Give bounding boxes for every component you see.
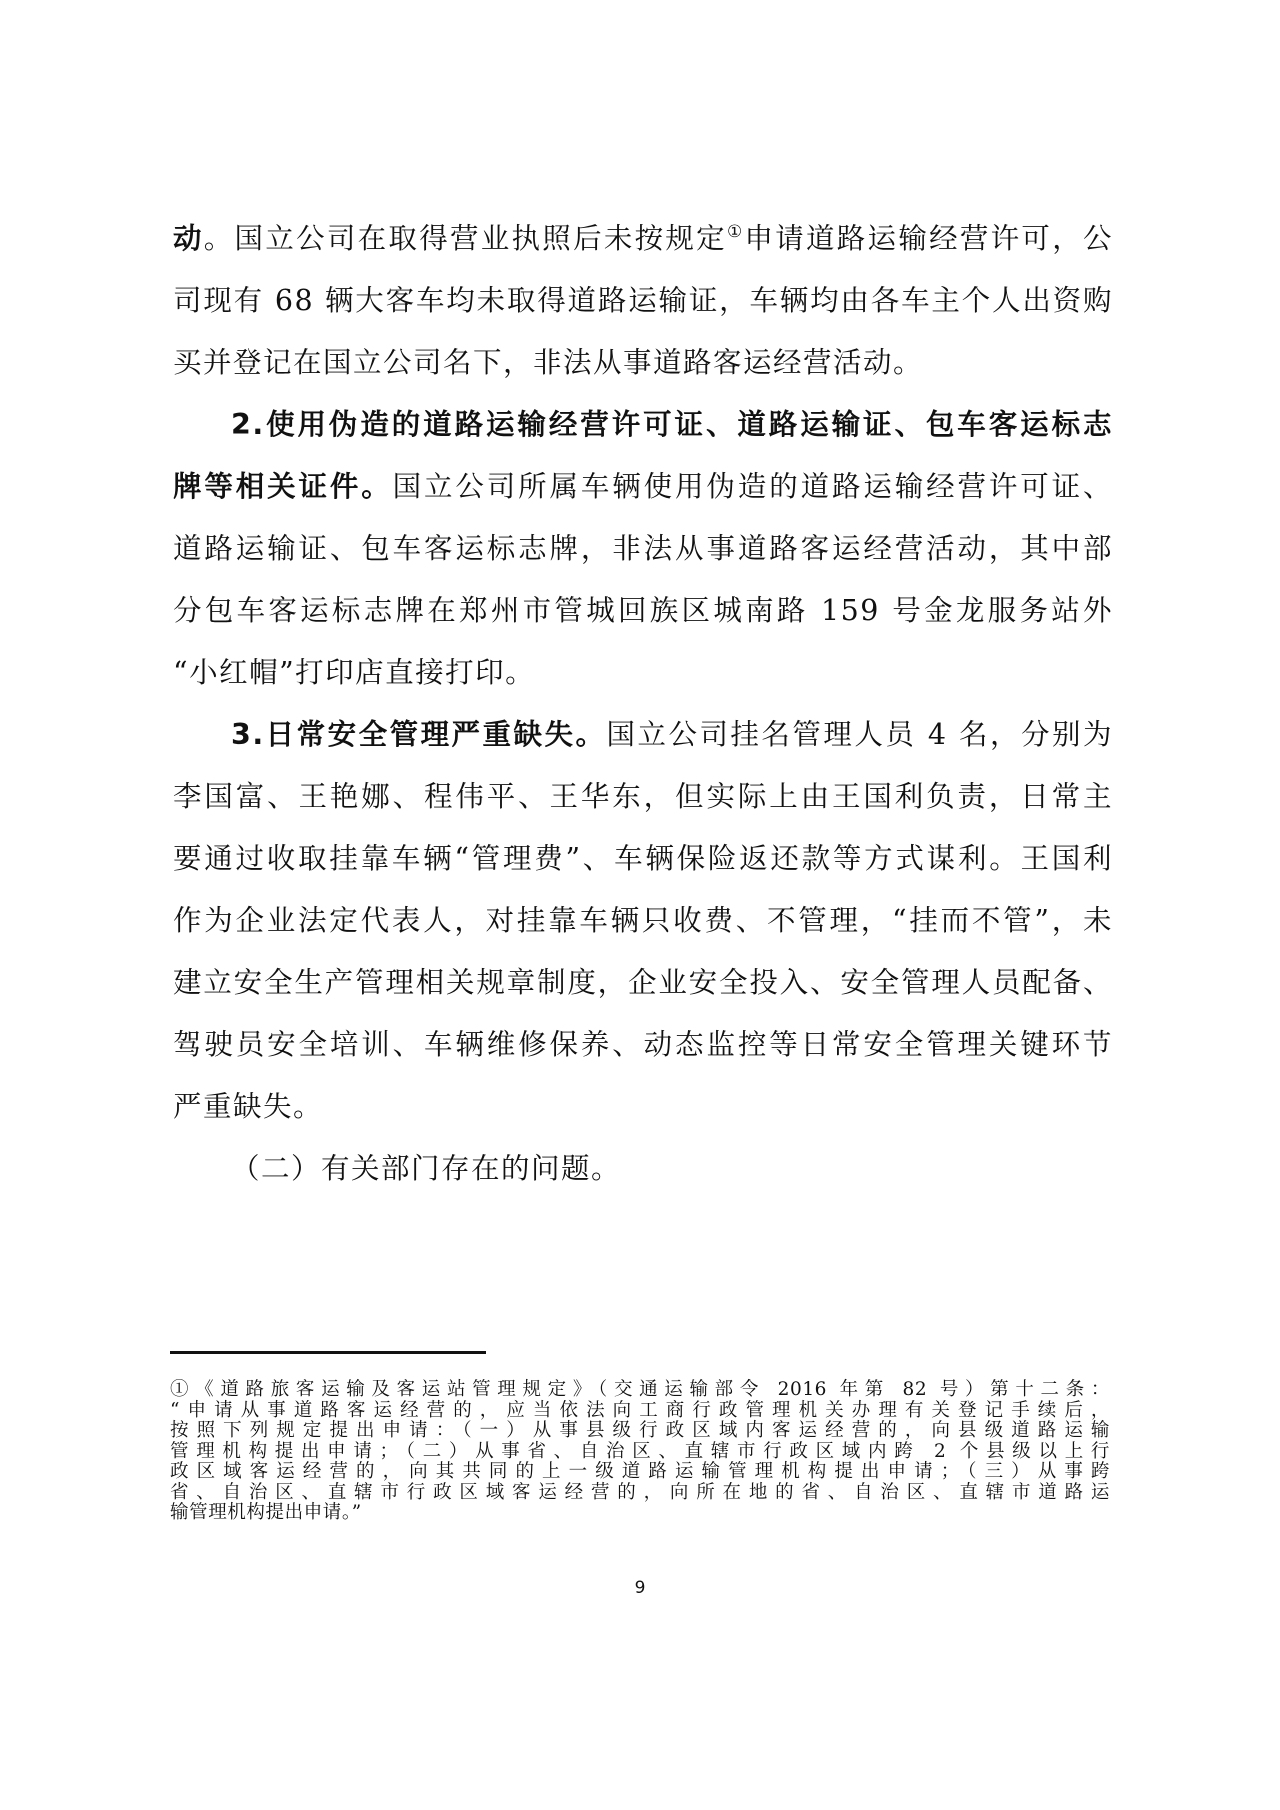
- section-heading: （二）有关部门存在的问题。: [173, 1138, 1113, 1200]
- bold-lead: 牌等相关证件。: [173, 470, 393, 503]
- text-span: 国立公司挂名管理人员 4 名，分别为: [606, 718, 1113, 751]
- bold-lead: 3.日常安全管理严重缺失。: [231, 718, 606, 751]
- footnote-line: 输管理机构提出申请。”: [170, 1503, 1110, 1524]
- paragraph-1-line-3: 买并登记在国立公司名下，非法从事道路客运经营活动。: [173, 332, 1113, 394]
- paragraph-3-line-5: 建立安全生产管理相关规章制度，企业安全投入、安全管理人员配备、: [173, 952, 1113, 1014]
- paragraph-3-line-2: 李国富、王艳娜、程伟平、王华东，但实际上由王国利负责，日常主: [173, 766, 1113, 828]
- paragraph-3-line-7: 严重缺失。: [173, 1076, 1113, 1138]
- footnote-line: 按照下列规定提出申请：（一）从事县级行政区域内客运经营的，向县级道路运输: [170, 1421, 1110, 1442]
- body-text: 动。国立公司在取得营业执照后未按规定①申请道路运输经营许可，公 司现有 68 辆…: [173, 208, 1113, 1200]
- paragraph-1-line-1: 动。国立公司在取得营业执照后未按规定①申请道路运输经营许可，公: [173, 208, 1113, 270]
- page-number: 9: [0, 1578, 1280, 1598]
- text-span: 国立公司所属车辆使用伪造的道路运输经营许可证、: [393, 470, 1113, 503]
- footnote-line: 管理机构提出申请；（二）从事省、自治区、直辖市行政区域内跨 2 个县级以上行: [170, 1442, 1110, 1463]
- footnote-divider: [170, 1351, 486, 1354]
- footnote-line: ①《道路旅客运输及客运站管理规定》（交通运输部令 2016 年第 82 号）第十…: [170, 1380, 1110, 1401]
- footnote: ①《道路旅客运输及客运站管理规定》（交通运输部令 2016 年第 82 号）第十…: [170, 1380, 1110, 1524]
- footnote-line: 政区域客运经营的，向其共同的上一级道路运输管理机构提出申请；（三）从事跨: [170, 1462, 1110, 1483]
- document-page: 动。国立公司在取得营业执照后未按规定①申请道路运输经营许可，公 司现有 68 辆…: [0, 0, 1280, 1810]
- paragraph-2-line-5: “小红帽”打印店直接打印。: [173, 642, 1113, 704]
- paragraph-2-heading: 2.使用伪造的道路运输经营许可证、道路运输证、包车客运标志: [173, 394, 1113, 456]
- paragraph-3-line-1: 3.日常安全管理严重缺失。国立公司挂名管理人员 4 名，分别为: [173, 704, 1113, 766]
- bold-lead: 动: [173, 222, 204, 255]
- footnote-line: 省、自治区、直辖市行政区域客运经营的，向所在地的省、自治区、直辖市道路运: [170, 1483, 1110, 1504]
- text-span: 。国立公司在取得营业执照后未按规定: [204, 222, 727, 255]
- footnote-line: “申请从事道路客运经营的，应当依法向工商行政管理机关办理有关登记手续后，: [170, 1401, 1110, 1422]
- footnote-marker[interactable]: ①: [727, 222, 745, 242]
- paragraph-2-line-4: 分包车客运标志牌在郑州市管城回族区城南路 159 号金龙服务站外: [173, 580, 1113, 642]
- paragraph-3-line-3: 要通过收取挂靠车辆“管理费”、车辆保险返还款等方式谋利。王国利: [173, 828, 1113, 890]
- paragraph-2-line-3: 道路运输证、包车客运标志牌，非法从事道路客运经营活动，其中部: [173, 518, 1113, 580]
- paragraph-2-line-2: 牌等相关证件。国立公司所属车辆使用伪造的道路运输经营许可证、: [173, 456, 1113, 518]
- paragraph-3-line-6: 驾驶员安全培训、车辆维修保养、动态监控等日常安全管理关键环节: [173, 1014, 1113, 1076]
- paragraph-1-line-2: 司现有 68 辆大客车均未取得道路运输证，车辆均由各车主个人出资购: [173, 270, 1113, 332]
- text-span: 申请道路运输经营许可，公: [744, 222, 1113, 255]
- paragraph-3-line-4: 作为企业法定代表人，对挂靠车辆只收费、不管理，“挂而不管”，未: [173, 890, 1113, 952]
